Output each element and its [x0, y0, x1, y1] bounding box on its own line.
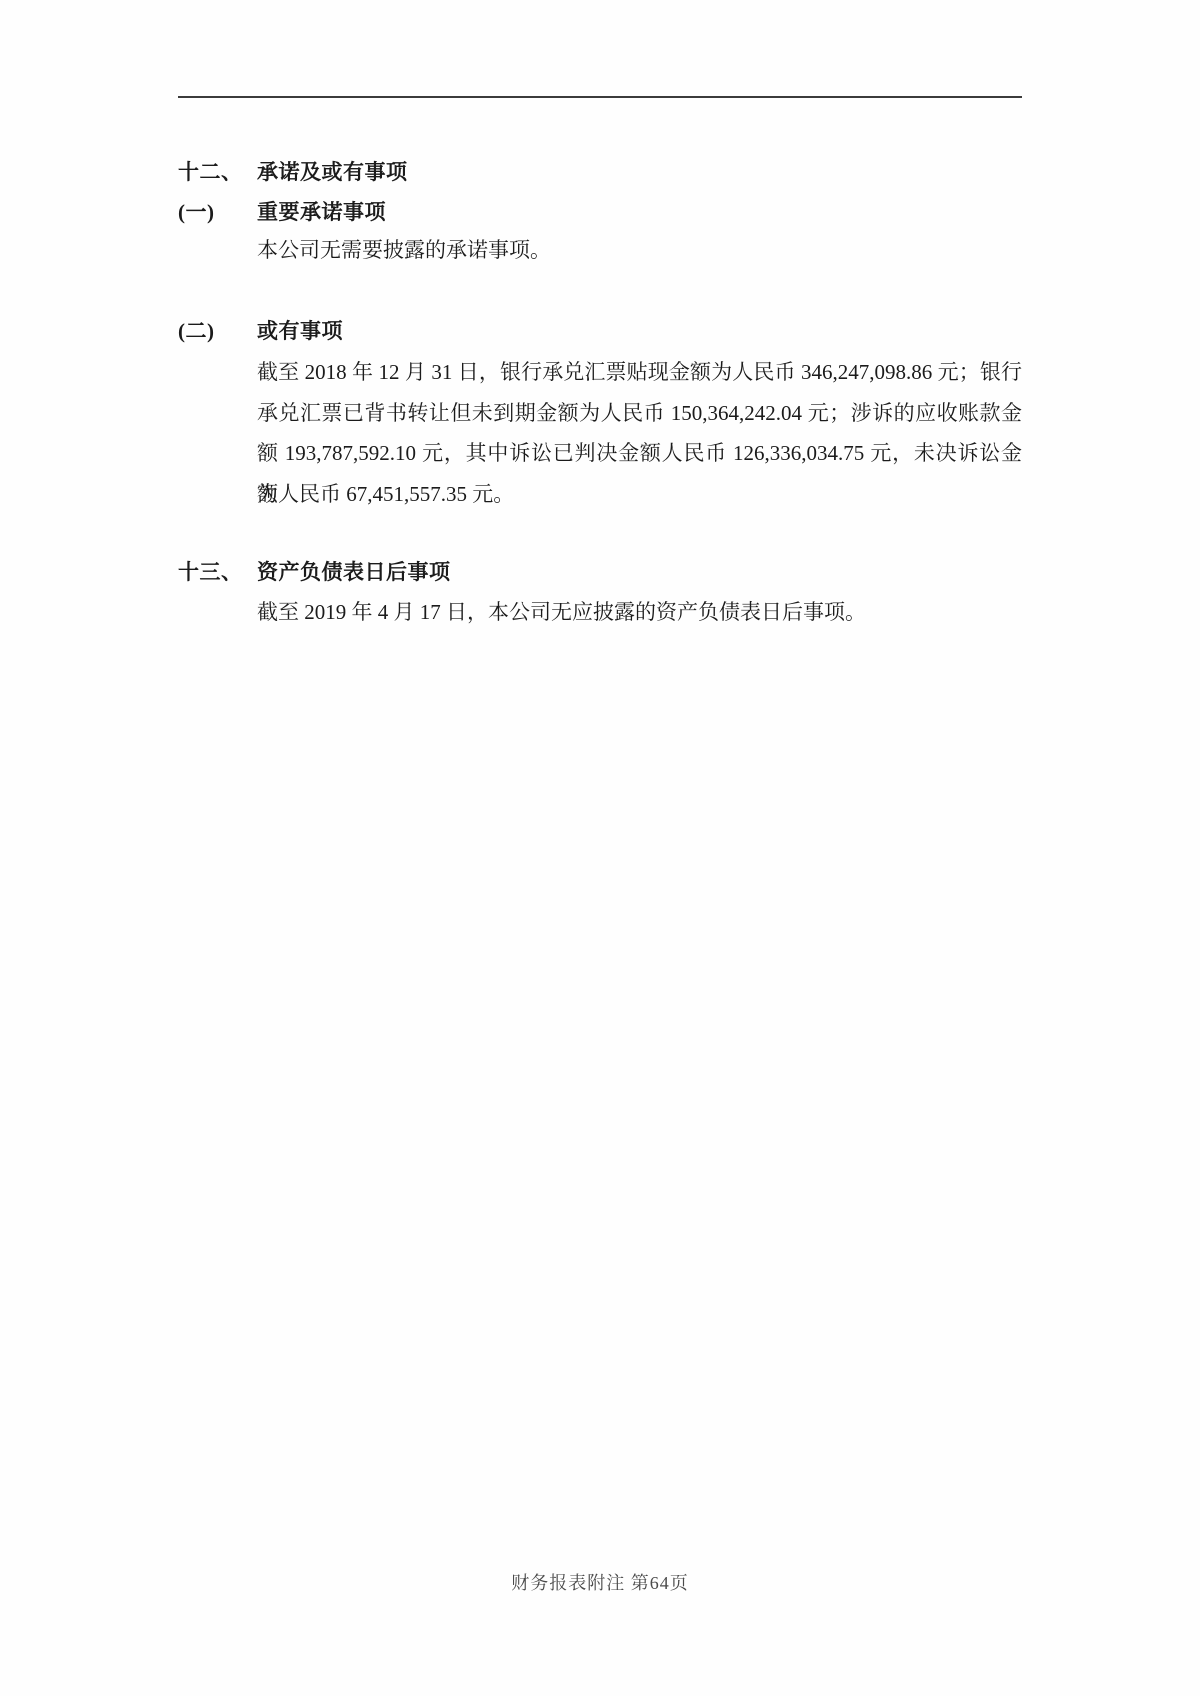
header-rule — [178, 96, 1022, 98]
paragraph-line: 承兑汇票已背书转让但未到期金额为人民币 150,364,242.04 元；涉诉的… — [257, 393, 1022, 434]
section-13-number: 十三、 — [178, 560, 257, 585]
subsection-1-number: (一) — [178, 200, 257, 225]
subsection-1-body: 本公司无需要披露的承诺事项。 — [257, 238, 1022, 263]
section-13-title: 资产负债表日后事项 — [257, 560, 451, 585]
paragraph-line: 为人民币 67,451,557.35 元。 — [257, 474, 1022, 515]
section-13-body: 截至 2019 年 4 月 17 日，本公司无应披露的资产负债表日后事项。 — [257, 600, 1022, 625]
subsection-2-title: 或有事项 — [257, 319, 343, 344]
document-page: 十二、 承诺及或有事项 (一) 重要承诺事项 本公司无需要披露的承诺事项。 (二… — [0, 0, 1200, 1696]
section-13-heading: 十三、 资产负债表日后事项 — [178, 560, 1022, 585]
subsection-1-heading: (一) 重要承诺事项 — [178, 200, 1022, 225]
subsection-1-title: 重要承诺事项 — [257, 200, 386, 225]
page-footer: 财务报表附注 第64页 — [0, 1572, 1200, 1594]
section-12-heading: 十二、 承诺及或有事项 — [178, 160, 1022, 185]
section-12-title: 承诺及或有事项 — [257, 160, 408, 185]
section-12-number: 十二、 — [178, 160, 257, 185]
contingencies-paragraph: 截至 2018 年 12 月 31 日，银行承兑汇票贴现金额为人民币 346,2… — [257, 352, 1022, 514]
subsection-2-number: (二) — [178, 319, 257, 344]
paragraph-line: 截至 2018 年 12 月 31 日，银行承兑汇票贴现金额为人民币 346,2… — [257, 352, 1022, 393]
paragraph-line: 额 193,787,592.10 元，其中诉讼已判决金额人民币 126,336,… — [257, 433, 1022, 474]
subsection-2-heading: (二) 或有事项 — [178, 319, 1022, 344]
